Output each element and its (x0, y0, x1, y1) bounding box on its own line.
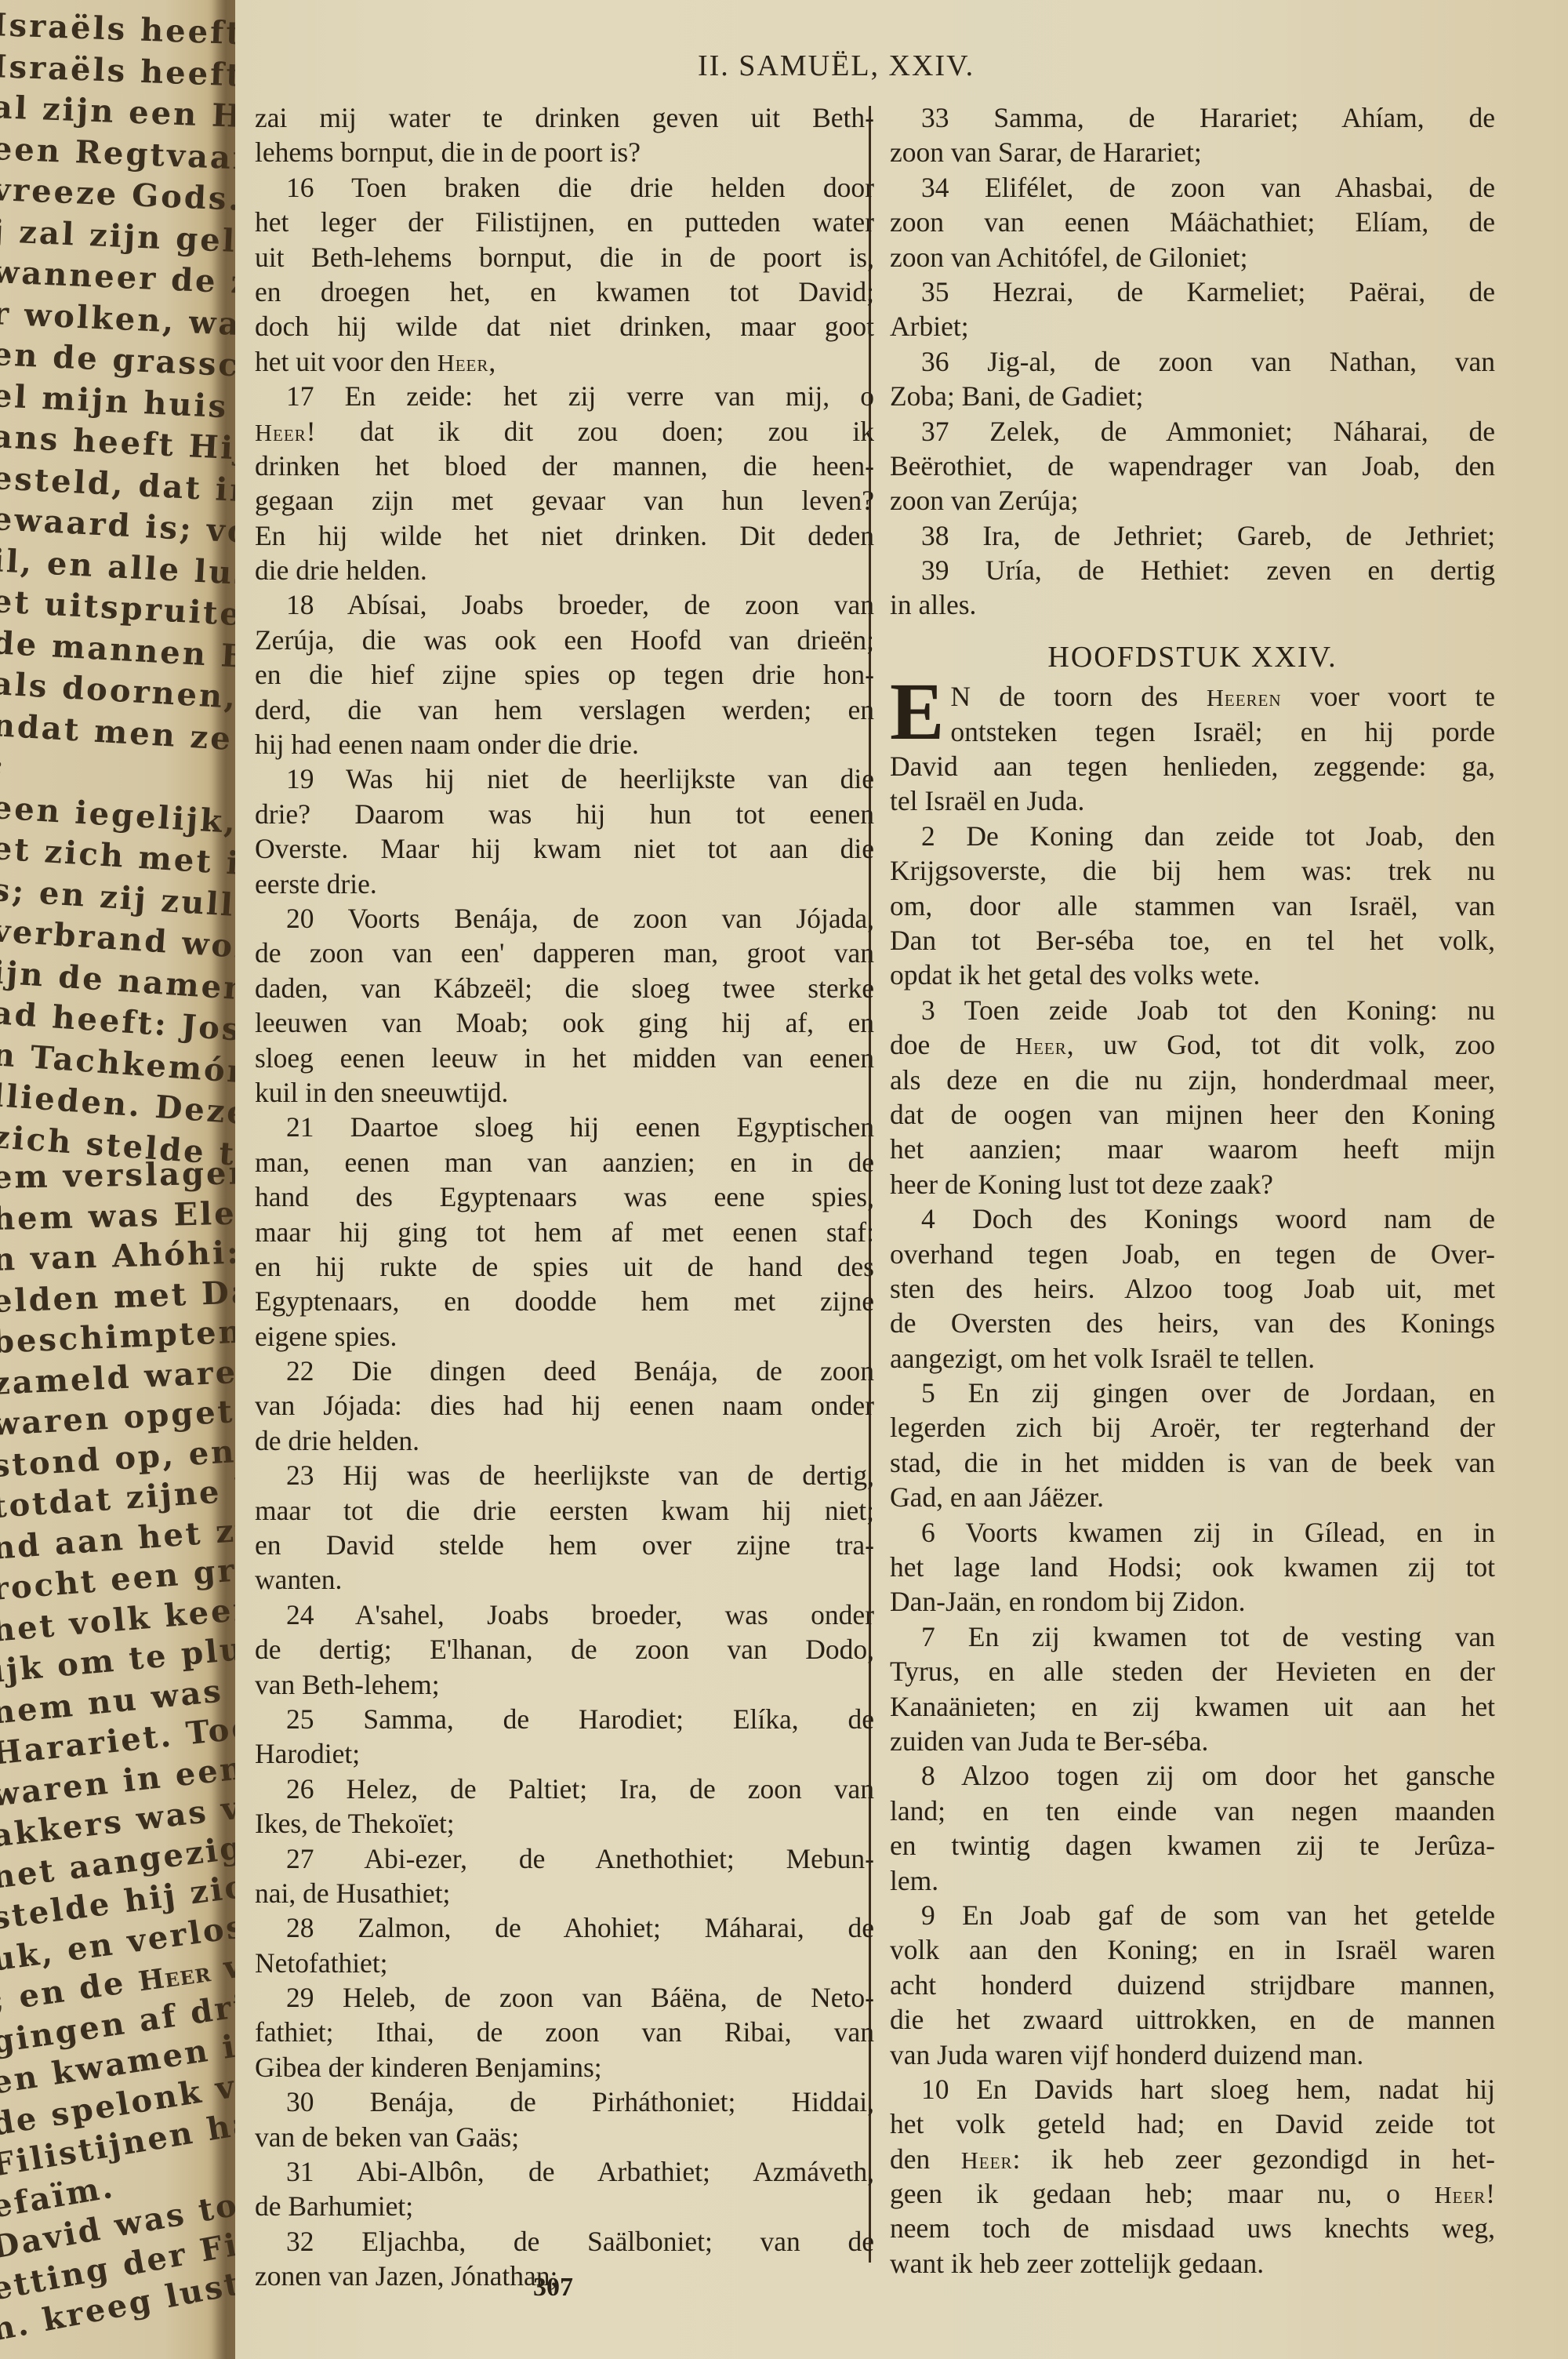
text-line: zoon van Achitófel, de Giloniet; (890, 240, 1495, 274)
text-line: tel Israël en Juda. (890, 783, 1495, 818)
text-line: heer de Koning lust tot deze zaak? (890, 1167, 1495, 1201)
text-line: die het zwaard uittrokken, en de mannen (890, 2002, 1495, 2037)
text-line: man, eenen man van aanzien; en in de (255, 1145, 874, 1179)
text-line: 6 Voorts kwamen zij in Gílead, en in (890, 1515, 1495, 1550)
text-line: Ikes, de Thekoïet; (255, 1806, 874, 1841)
text-line: de drie helden. (255, 1423, 874, 1458)
text-line: en David stelde hem over zijne tra- (255, 1528, 874, 1562)
text-line: 23 Hij was de heerlijkste van de dertig, (255, 1458, 874, 1492)
drop-cap: E (890, 681, 944, 743)
text-line: maar tot die drie eersten kwam hij niet; (255, 1493, 874, 1528)
text-line: als deze en die nu zijn, honderdmaal mee… (890, 1063, 1495, 1097)
fragment-line: Israëls heeft (0, 6, 235, 52)
page: II. SAMUËL, XXIV. zai mij water te drink… (235, 0, 1568, 2359)
text-line: N de toorn des Heeren voer voort te (890, 679, 1495, 714)
text-line: drie? Daarom was hij hun tot eenen (255, 797, 874, 831)
text-line: daden, van Kábzeël; die sloeg twee sterk… (255, 971, 874, 1005)
text-line: 7 En zij kwamen tot de vesting van (890, 1619, 1495, 1654)
text-line: Arbiet; (890, 309, 1495, 343)
text-line: Gad, en aan Jáëzer. (890, 1480, 1495, 1514)
text-line: van de beken van Gaäs; (255, 2120, 874, 2154)
text-line: 35 Hezrai, de Karmeliet; Paërai, de (890, 274, 1495, 309)
text-line: lehems bornput, die in de poort is? (255, 135, 874, 169)
text-line: van Beth-lehem; (255, 1667, 874, 1702)
text-line: kuil in den sneeuwtijd. (255, 1075, 874, 1110)
text-line: de zoon van een' dapperen man, groot van (255, 936, 874, 970)
text-line: de Oversten des heirs, van des Konings (890, 1306, 1495, 1340)
text-line: en twintig dagen kwamen zij te Jerûza- (890, 1828, 1495, 1863)
text-line: 38 Ira, de Jethriet; Gareb, de Jethriet; (890, 518, 1495, 553)
text-line: land; en ten einde van negen maanden (890, 1794, 1495, 1828)
text-line: van Juda waren vijf honderd duizend man. (890, 2037, 1495, 2072)
text-line: het leger der Filistijnen, en putteden w… (255, 205, 874, 239)
text-line: het lage land Hodsi; ook kwamen zij tot (890, 1550, 1495, 1584)
text-line: Zerúja, die was ook een Hoofd van drieën… (255, 623, 874, 657)
text-line: in alles. (890, 587, 1495, 622)
text-line: Overste. Maar hij kwam niet tot aan die (255, 831, 874, 866)
chapter-heading: HOOFDSTUK XXIV. (890, 623, 1495, 679)
text-line: doch hij wilde dat niet drinken, maar go… (255, 309, 874, 343)
previous-page-fragment: Israëls heeftIsraëls heeft tot mijal zij… (0, 0, 235, 2359)
fragment-line: hem was Eleázar, de zoon (0, 1188, 235, 1237)
text-line: volk aan den Koning; en in Israël waren (890, 1932, 1495, 1967)
text-line: nai, de Husathiet; (255, 1876, 874, 1910)
text-line: want ik heb zeer zottelijk gedaan. (890, 2246, 1495, 2281)
text-line: 17 En zeide: het zij verre van mij, o (255, 379, 874, 413)
text-line: 22 Die dingen deed Benája, de zoon (255, 1354, 874, 1388)
fragment-line: vreeze Gods. (0, 171, 235, 218)
text-line: die drie helden. (255, 553, 874, 587)
text-line: drinken het bloed der mannen, die heen- (255, 449, 874, 483)
text-line: 34 Elifélet, de zoon van Ahasbai, de (890, 170, 1495, 205)
text-line: doe de Heer, uw God, tot dit volk, zoo (890, 1027, 1495, 1062)
text-line: 27 Abi-ezer, de Anethothiet; Mebun- (255, 1841, 874, 1876)
text-line: Harodiet; (255, 1736, 874, 1771)
text-line: 2 De Koning dan zeide tot Joab, den (890, 819, 1495, 853)
text-line: hij had eenen naam onder die drie. (255, 727, 874, 761)
text-line: David aan tegen henlieden, zeggende: ga, (890, 749, 1495, 783)
text-line: derd, die van hem verslagen werden; en (255, 692, 874, 727)
text-line: 25 Samma, de Harodiet; Elíka, de (255, 1702, 874, 1736)
text-line: en die hief zijne spies op tegen drie ho… (255, 657, 874, 692)
text-line: aangezigt, om het volk Israël te tellen. (890, 1341, 1495, 1376)
text-line: en hij rukte de spies uit de hand des (255, 1249, 874, 1284)
text-line: 33 Samma, de Harariet; Ahíam, de (890, 100, 1495, 135)
text-line: Heer! dat ik dit zou doen; zou ik (255, 414, 874, 449)
text-line: zoon van Zerúja; (890, 483, 1495, 518)
text-line: 32 Eljachba, de Saälboniet; van de (255, 2224, 874, 2259)
text-line: eigene spies. (255, 1319, 874, 1354)
text-line: Gibea der kinderen Benjamins; (255, 2050, 874, 2085)
text-line: 37 Zelek, de Ammoniet; Náharai, de (890, 414, 1495, 449)
text-line: wanten. (255, 1562, 874, 1597)
text-line: opdat ik het getal des volks wete. (890, 958, 1495, 992)
text-line: stad, die in het midden is van de beek v… (890, 1445, 1495, 1480)
text-line: 28 Zalmon, de Ahohiet; Máharai, de (255, 1910, 874, 1945)
fragment-line: ndat men ze met de hand (0, 707, 235, 772)
text-line: 18 Abísai, Joabs broeder, de zoon van (255, 587, 874, 622)
left-column: zai mij water te drinken geven uit Beth-… (255, 100, 874, 2294)
text-line: leeuwen van Moab; ook ging hij af, en (255, 1005, 874, 1040)
text-line: 16 Toen braken die drie helden door (255, 170, 874, 205)
text-line: 3 Toen zeide Joab tot den Koning: nu (890, 993, 1495, 1027)
text-line: lem. (890, 1863, 1495, 1898)
text-line: den Heer: ik heb zeer gezondigd in het- (890, 2142, 1495, 2176)
chapter-24-verses: David aan tegen henlieden, zeggende: ga,… (890, 749, 1495, 2281)
text-line: Beërothiet, de wapendrager van Joab, den (890, 449, 1495, 483)
text-line: het volk geteld had; en David zeide tot (890, 2106, 1495, 2141)
text-line: 29 Heleb, de zoon van Báëna, de Neto- (255, 1980, 874, 2015)
verses-33-39: 33 Samma, de Harariet; Ahíam, dezoon van… (890, 100, 1495, 623)
text-line: En hij wilde het niet drinken. Dit deden (255, 518, 874, 553)
text-line: geen ik gedaan heb; maar nu, o Heer! (890, 2176, 1495, 2211)
text-line: eerste drie. (255, 867, 874, 901)
text-line: acht honderd duizend strijdbare mannen, (890, 1968, 1495, 2002)
text-line: hand des Egyptenaars was eene spies, (255, 1179, 874, 1214)
text-line: Egyptenaars, en doodde hem met zijne (255, 1284, 874, 1318)
text-line: Krijgsoverste, die bij hem was: trek nu (890, 853, 1495, 888)
text-line: 10 En Davids hart sloeg hem, nadat hij (890, 2072, 1495, 2106)
text-line: 4 Doch des Konings woord nam de (890, 1201, 1495, 1236)
text-line: 39 Uría, de Hethiet: zeven en dertig (890, 553, 1495, 587)
page-number: 307 (533, 2273, 573, 2303)
right-column: 33 Samma, de Harariet; Ahíam, dezoon van… (890, 100, 1495, 2281)
text-line: de Barhumiet; (255, 2189, 874, 2223)
text-line: ontsteken tegen Israël; en hij porde (890, 714, 1495, 749)
text-line: de dertig; E'lhanan, de zoon van Dodo, (255, 1632, 874, 1667)
text-line: fathiet; Ithai, de zoon van Ribai, van (255, 2015, 874, 2049)
running-head: II. SAMUËL, XXIV. (698, 49, 975, 83)
text-line: zoon van eenen Máächathiet; Elíam, de (890, 205, 1495, 239)
text-line: en droegen het, en kwamen tot David; (255, 274, 874, 309)
text-line: overhand tegen Joab, en tegen de Over- (890, 1237, 1495, 1271)
text-line: Tyrus, en alle steden der Hevieten en de… (890, 1654, 1495, 1688)
text-line: van Jójada: dies had hij eenen naam onde… (255, 1388, 874, 1423)
text-line: om, door alle stammen van Israël, van (890, 889, 1495, 923)
text-line: 24 A'sahel, Joabs broeder, was onder (255, 1598, 874, 1632)
text-line: zoon van Sarar, de Harariet; (890, 135, 1495, 169)
text-line: het uit voor den Heer, (255, 344, 874, 379)
fragment-line: ; (0, 747, 7, 785)
text-line: Dan tot Ber-séba toe, en tel het volk, (890, 923, 1495, 958)
text-line: 36 Jig-al, de zoon van Nathan, van (890, 344, 1495, 379)
text-line: 5 En zij gingen over de Jordaan, en (890, 1376, 1495, 1410)
text-line: 31 Abi-Albôn, de Arbathiet; Azmáveth, (255, 2154, 874, 2189)
text-line: legerden zich bij Aroër, ter regterhand … (890, 1410, 1495, 1445)
text-line: maar hij ging tot hem af met eenen staf: (255, 1215, 874, 1249)
text-line: 21 Daartoe sloeg hij eenen Egyptischen (255, 1110, 874, 1144)
text-line: 19 Was hij niet de heerlijkste van die (255, 761, 874, 796)
text-line: sten des heirs. Alzoo toog Joab uit, met (890, 1271, 1495, 1306)
text-line: 9 En Joab gaf de som van het getelde (890, 1898, 1495, 1932)
text-line: 30 Benája, de Pirháthoniet; Hiddai, (255, 2085, 874, 2119)
text-line: zai mij water te drinken geven uit Beth- (255, 100, 874, 135)
text-line: 26 Helez, de Paltiet; Ira, de zoon van (255, 1772, 874, 1806)
text-line: dat de oogen van mijnen heer den Koning (890, 1097, 1495, 1132)
fragment-line: em verslagen werden (0, 1152, 235, 1196)
text-line: Kanaänieten; en zij kwamen uit aan het (890, 1689, 1495, 1724)
text-line: 8 Alzoo togen zij om door het gansche (890, 1758, 1495, 1793)
text-line: neem toch de misdaad uws knechts weg, (890, 2211, 1495, 2245)
text-line: 20 Voorts Benája, de zoon van Jójada, (255, 901, 874, 936)
text-line: Zoba; Bani, de Gadiet; (890, 379, 1495, 413)
text-line: Netofathiet; (255, 1946, 874, 1980)
text-line: zuiden van Juda te Ber-séba. (890, 1724, 1495, 1758)
text-line: uit Beth-lehems bornput, die in de poort… (255, 240, 874, 274)
text-line: Dan-Jaän, en rondom bij Zidon. (890, 1584, 1495, 1619)
text-line: het aanzien; maar waarom heeft mijn (890, 1132, 1495, 1166)
chapter-opening: E N de toorn des Heeren voer voort teont… (890, 679, 1495, 749)
text-line: sloeg eenen leeuw in het midden van eene… (255, 1041, 874, 1075)
text-line: gegaan zijn met gevaar van hun leven? (255, 483, 874, 518)
